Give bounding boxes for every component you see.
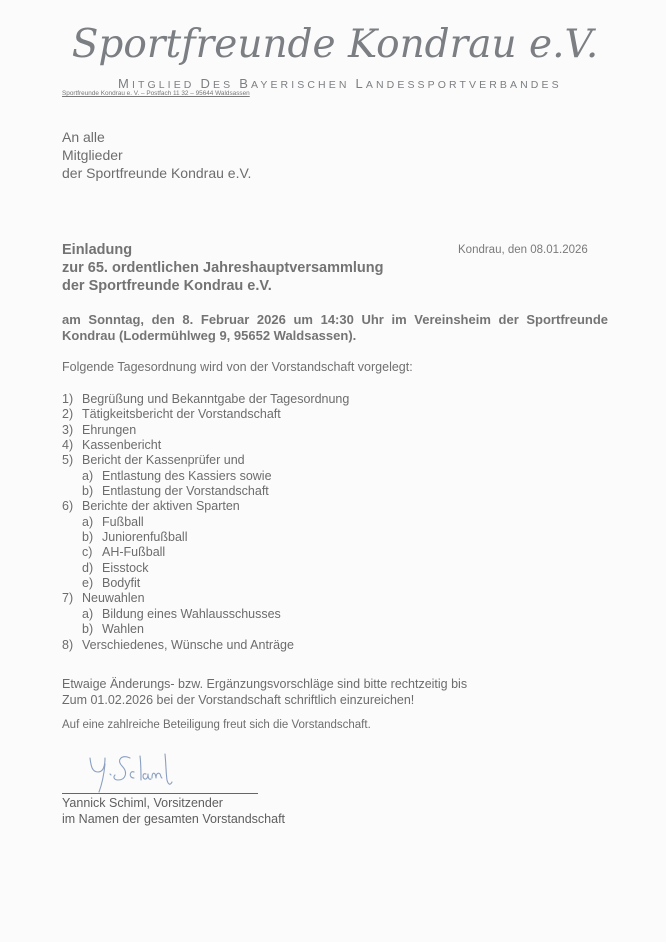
letterhead-subtitle: Mitglied des Bayerischen Landessportverb…	[118, 76, 562, 91]
agenda-item-text: Entlastung der Vorstandschaft	[102, 484, 269, 498]
signer-name: Yannick Schiml, Vorsitzender	[62, 795, 285, 811]
subtitle-initial: B	[239, 76, 251, 91]
organization-letterhead: Sportfreunde Kondrau e.V.	[2, 22, 666, 67]
agenda-item-text: Entlastung des Kassiers sowie	[102, 469, 272, 483]
agenda-item-text: Verschiedenes, Wünsche und Anträge	[82, 638, 294, 652]
agenda-item-number: b)	[82, 484, 102, 499]
agenda-item: 5)Bericht der Kassenprüfer und	[62, 453, 349, 468]
closing-sentence: Auf eine zahlreiche Beteiligung freut si…	[62, 719, 371, 731]
agenda-subitem: c)AH-Fußball	[62, 545, 349, 560]
agenda-item-text: Wahlen	[102, 622, 144, 636]
agenda-item-text: Bericht der Kassenprüfer und	[82, 453, 245, 467]
agenda-item-text: Juniorenfußball	[102, 530, 187, 544]
agenda-item-number: c)	[82, 545, 102, 560]
agenda-item-number: 8)	[62, 638, 82, 653]
agenda-item: 2)Tätigkeitsbericht der Vorstandschaft	[62, 407, 349, 422]
subtitle-initial: L	[356, 76, 366, 91]
agenda-item: 3)Ehrungen	[62, 423, 349, 438]
agenda-subitem: d)Eisstock	[62, 561, 349, 576]
agenda-item-text: Eisstock	[102, 561, 149, 575]
agenda-item: 8)Verschiedenes, Wünsche und Anträge	[62, 638, 349, 653]
agenda-item: 4)Kassenbericht	[62, 438, 349, 453]
agenda-item: 7)Neuwahlen	[62, 591, 349, 606]
agenda-item-number: b)	[82, 622, 102, 637]
subtitle-initial: M	[118, 76, 132, 91]
recipient-block: An alle Mitglieder der Sportfreunde Kond…	[62, 128, 251, 182]
agenda-item-text: Begrüßung und Bekanntgabe der Tagesordnu…	[82, 392, 349, 406]
agenda-item-number: a)	[82, 515, 102, 530]
recipient-line: An alle	[62, 128, 251, 146]
agenda-subitem: b)Entlastung der Vorstandschaft	[62, 484, 349, 499]
agenda-subitem: a)Bildung eines Wahlausschusses	[62, 607, 349, 622]
agenda-subitem: b)Juniorenfußball	[62, 530, 349, 545]
submission-note: Etwaige Änderungs- bzw. Ergänzungsvorsch…	[62, 676, 467, 708]
agenda-item-number: 5)	[62, 453, 82, 468]
agenda-item-number: 4)	[62, 438, 82, 453]
agenda-item-text: Bodyfit	[102, 576, 140, 590]
agenda-item-number: a)	[82, 607, 102, 622]
agenda-item-number: 2)	[62, 407, 82, 422]
agenda-item-number: b)	[82, 530, 102, 545]
agenda-subitem: a)Fußball	[62, 515, 349, 530]
agenda-subitem: e)Bodyfit	[62, 576, 349, 591]
agenda-item-number: 3)	[62, 423, 82, 438]
agenda-item-text: Kassenbericht	[82, 438, 161, 452]
sender-address-line: Sportfreunde Kondrau e. V. – Postfach 11…	[62, 90, 250, 97]
signer-block: Yannick Schiml, Vorsitzender im Namen de…	[62, 795, 285, 827]
agenda-item-text: Berichte der aktiven Sparten	[82, 499, 240, 513]
heading-line: der Sportfreunde Kondrau e.V.	[62, 277, 384, 295]
heading-line: zur 65. ordentlichen Jahreshauptversamml…	[62, 259, 384, 277]
agenda-subitem: b)Wahlen	[62, 622, 349, 637]
heading-line: Einladung	[62, 241, 384, 259]
agenda-item-text: Ehrungen	[82, 423, 136, 437]
letter-heading: Einladung zur 65. ordentlichen Jahreshau…	[62, 241, 384, 295]
agenda-item-number: e)	[82, 576, 102, 591]
subtitle-rest: andessportverbandes	[366, 79, 562, 91]
agenda-item-number: 7)	[62, 591, 82, 606]
agenda-intro: Folgende Tagesordnung wird von der Vorst…	[62, 360, 413, 374]
agenda-item-number: d)	[82, 561, 102, 576]
signature-line	[62, 793, 258, 794]
recipient-line: Mitglieder	[62, 146, 251, 164]
agenda-item-number: 1)	[62, 392, 82, 407]
agenda-item-text: Fußball	[102, 515, 144, 529]
recipient-line: der Sportfreunde Kondrau e.V.	[62, 164, 251, 182]
agenda-item: 1)Begrüßung und Bekanntgabe der Tagesord…	[62, 392, 349, 407]
subtitle-rest: ayerischen	[251, 79, 356, 91]
agenda-item-text: Neuwahlen	[82, 591, 145, 605]
note-line: Etwaige Änderungs- bzw. Ergänzungsvorsch…	[62, 676, 467, 692]
agenda-item: 6)Berichte der aktiven Sparten	[62, 499, 349, 514]
note-line: Zum 01.02.2026 bei der Vorstandschaft sc…	[62, 692, 467, 708]
meeting-details: am Sonntag, den 8. Februar 2026 um 14:30…	[62, 312, 608, 344]
agenda-item-number: 6)	[62, 499, 82, 514]
signer-role: im Namen der gesamten Vorstandschaft	[62, 811, 285, 827]
handwritten-signature	[86, 752, 196, 794]
agenda-item-number: a)	[82, 469, 102, 484]
agenda-subitem: a)Entlastung des Kassiers sowie	[62, 469, 349, 484]
subtitle-initial: d	[201, 76, 214, 91]
agenda-item-text: Bildung eines Wahlausschusses	[102, 607, 281, 621]
agenda-item-text: Tätigkeitsbericht der Vorstandschaft	[82, 407, 281, 421]
date-line: Kondrau, den 08.01.2026	[458, 244, 588, 256]
agenda-list: 1)Begrüßung und Bekanntgabe der Tagesord…	[62, 392, 349, 653]
agenda-item-text: AH-Fußball	[102, 545, 165, 559]
